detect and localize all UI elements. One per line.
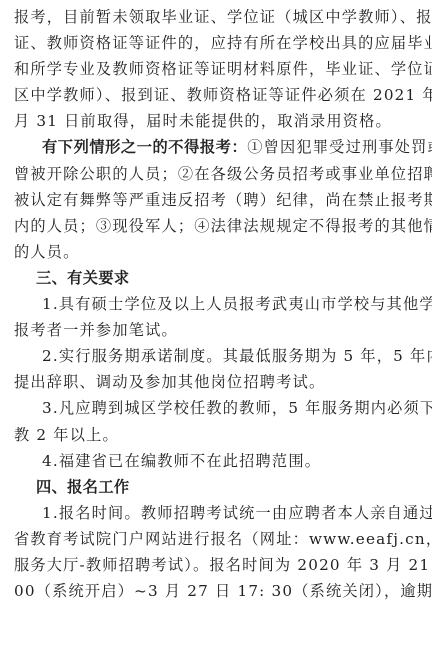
- text-line: 省教育考试院门户网站进行报名（网址：www.eeafj.cn，数字: [14, 526, 420, 552]
- text-line: 和所学专业及教师资格证等证明材料原件，毕业证、学位证（城: [14, 56, 420, 82]
- section-title: 四、报名工作: [14, 474, 420, 500]
- requirement-item-4: 4.福建省已在编教师不在此招聘范围。: [14, 448, 420, 474]
- text-line: 区中学教师）、报到证、教师资格证等证件必须在 2021 年 7: [14, 82, 420, 108]
- text-line: 被认定有舞弊等严重违反招考（聘）纪律，尚在禁止报考期限: [14, 187, 420, 213]
- disqualification-lead: 有下列情形之一的不得报考：: [42, 138, 247, 156]
- registration-item-1: 1.报名时间。教师招聘考试统一由应聘者本人亲自通过福建 省教育考试院门户网站进行…: [14, 500, 420, 604]
- document-page: 报考，目前暂未领取毕业证、学位证（城区中学教师）、报到 证、教师资格证等证件的，…: [14, 4, 420, 604]
- requirement-item-3: 3.凡应聘到城区学校任教的教师，5 年服务期内必须下乡支 教 2 年以上。: [14, 395, 420, 447]
- text-line: 2.实行服务期承诺制度。其最低服务期为 5 年，5 年内不得: [14, 343, 420, 369]
- text-line: 服务大厅-教师招聘考试）。报名时间为 2020 年 3 月 21 日 8:: [14, 552, 420, 578]
- text-line: 内的人员；③现役军人；④法律法规规定不得报考的其他情形: [14, 213, 420, 239]
- text-line: 曾被开除公职的人员；②在各级公务员招考或事业单位招聘中: [14, 161, 420, 187]
- text-line: 报考者一并参加笔试。: [14, 317, 420, 343]
- text-line: 有下列情形之一的不得报考：①曾因犯罪受过刑事处罚或: [14, 134, 420, 160]
- section-heading-requirements: 三、有关要求: [14, 265, 420, 291]
- eligibility-paragraph: 报考，目前暂未领取毕业证、学位证（城区中学教师）、报到 证、教师资格证等证件的，…: [14, 4, 420, 134]
- text-fragment: ①曾因犯罪受过刑事处罚或: [247, 138, 432, 156]
- requirement-item-1: 1.具有硕士学位及以上人员报考武夷山市学校与其他学历 报考者一并参加笔试。: [14, 291, 420, 343]
- text-line: 教 2 年以上。: [14, 422, 420, 448]
- text-line: 1.具有硕士学位及以上人员报考武夷山市学校与其他学历: [14, 291, 420, 317]
- text-line: 3.凡应聘到城区学校任教的教师，5 年服务期内必须下乡支: [14, 395, 420, 421]
- text-line: 4.福建省已在编教师不在此招聘范围。: [14, 448, 420, 474]
- section-heading-registration: 四、报名工作: [14, 474, 420, 500]
- text-line: 证、教师资格证等证件的，应持有所在学校出具的应届毕业生: [14, 30, 420, 56]
- text-line: 00（系统开启）~3 月 27 日 17: 30（系统关闭），逾期不再: [14, 578, 420, 604]
- text-line: 1.报名时间。教师招聘考试统一由应聘者本人亲自通过福建: [14, 500, 420, 526]
- text-line: 报考，目前暂未领取毕业证、学位证（城区中学教师）、报到: [14, 4, 420, 30]
- section-title: 三、有关要求: [14, 265, 420, 291]
- disqualification-paragraph: 有下列情形之一的不得报考：①曾因犯罪受过刑事处罚或 曾被开除公职的人员；②在各级…: [14, 134, 420, 264]
- requirement-item-2: 2.实行服务期承诺制度。其最低服务期为 5 年，5 年内不得 提出辞职、调动及参…: [14, 343, 420, 395]
- text-line: 的人员。: [14, 239, 420, 265]
- text-line: 月 31 日前取得，届时未能提供的，取消录用资格。: [14, 108, 420, 134]
- text-line: 提出辞职、调动及参加其他岗位招聘考试。: [14, 369, 420, 395]
